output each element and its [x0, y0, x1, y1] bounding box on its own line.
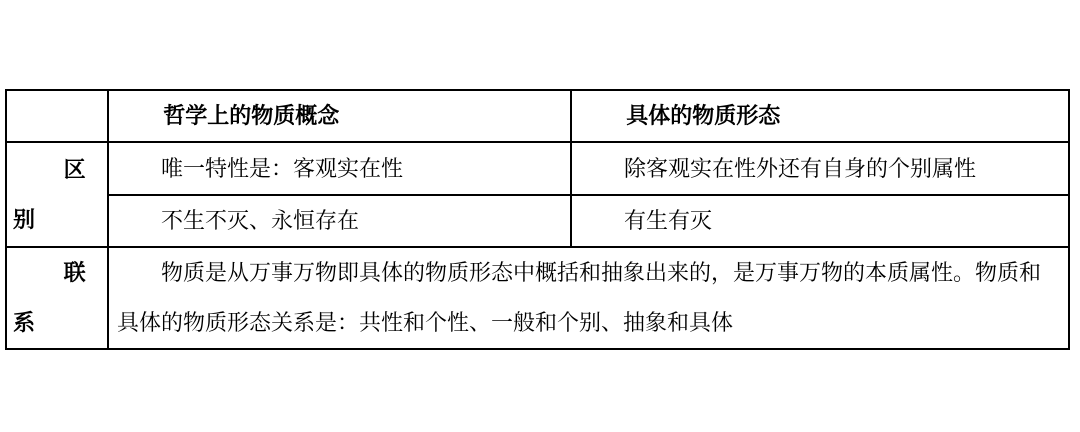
- row-label-connection: 联系: [6, 247, 108, 349]
- cell-born-and-perish: 有生有灭: [571, 195, 1069, 247]
- table-row: 区别 唯一特性是：客观实在性 除客观实在性外还有自身的个别属性: [6, 142, 1069, 195]
- table-row: 不生不灭、永恒存在 有生有灭: [6, 195, 1069, 247]
- header-cell-philosophy-concept: 哲学上的物质概念: [108, 90, 571, 142]
- cell-eternal-existence: 不生不灭、永恒存在: [108, 195, 571, 247]
- comparison-table: 哲学上的物质概念 具体的物质形态 区别 唯一特性是：客观实在性 除客观实在性外还…: [5, 89, 1070, 350]
- header-cell-concrete-form: 具体的物质形态: [571, 90, 1069, 142]
- page: 哲学上的物质概念 具体的物质形态 区别 唯一特性是：客观实在性 除客观实在性外还…: [0, 0, 1080, 432]
- row-label-difference: 区别: [6, 142, 108, 247]
- table-row: 联系 物质是从万事万物即具体的物质形态中概括和抽象出来的，是万事万物的本质属性。…: [6, 247, 1069, 349]
- corner-cell: [6, 90, 108, 142]
- connection-text-line-2: 具体的物质形态关系是：共性和个性、一般和个别、抽象和具体: [117, 298, 1060, 348]
- cell-connection-text: 物质是从万事万物即具体的物质形态中概括和抽象出来的，是万事万物的本质属性。物质和…: [108, 247, 1069, 349]
- cell-individual-attributes: 除客观实在性外还有自身的个别属性: [571, 142, 1069, 195]
- connection-text-line-1: 物质是从万事万物即具体的物质形态中概括和抽象出来的，是万事万物的本质属性。物质和: [117, 248, 1060, 298]
- cell-unique-property: 唯一特性是：客观实在性: [108, 142, 571, 195]
- table-header-row: 哲学上的物质概念 具体的物质形态: [6, 90, 1069, 142]
